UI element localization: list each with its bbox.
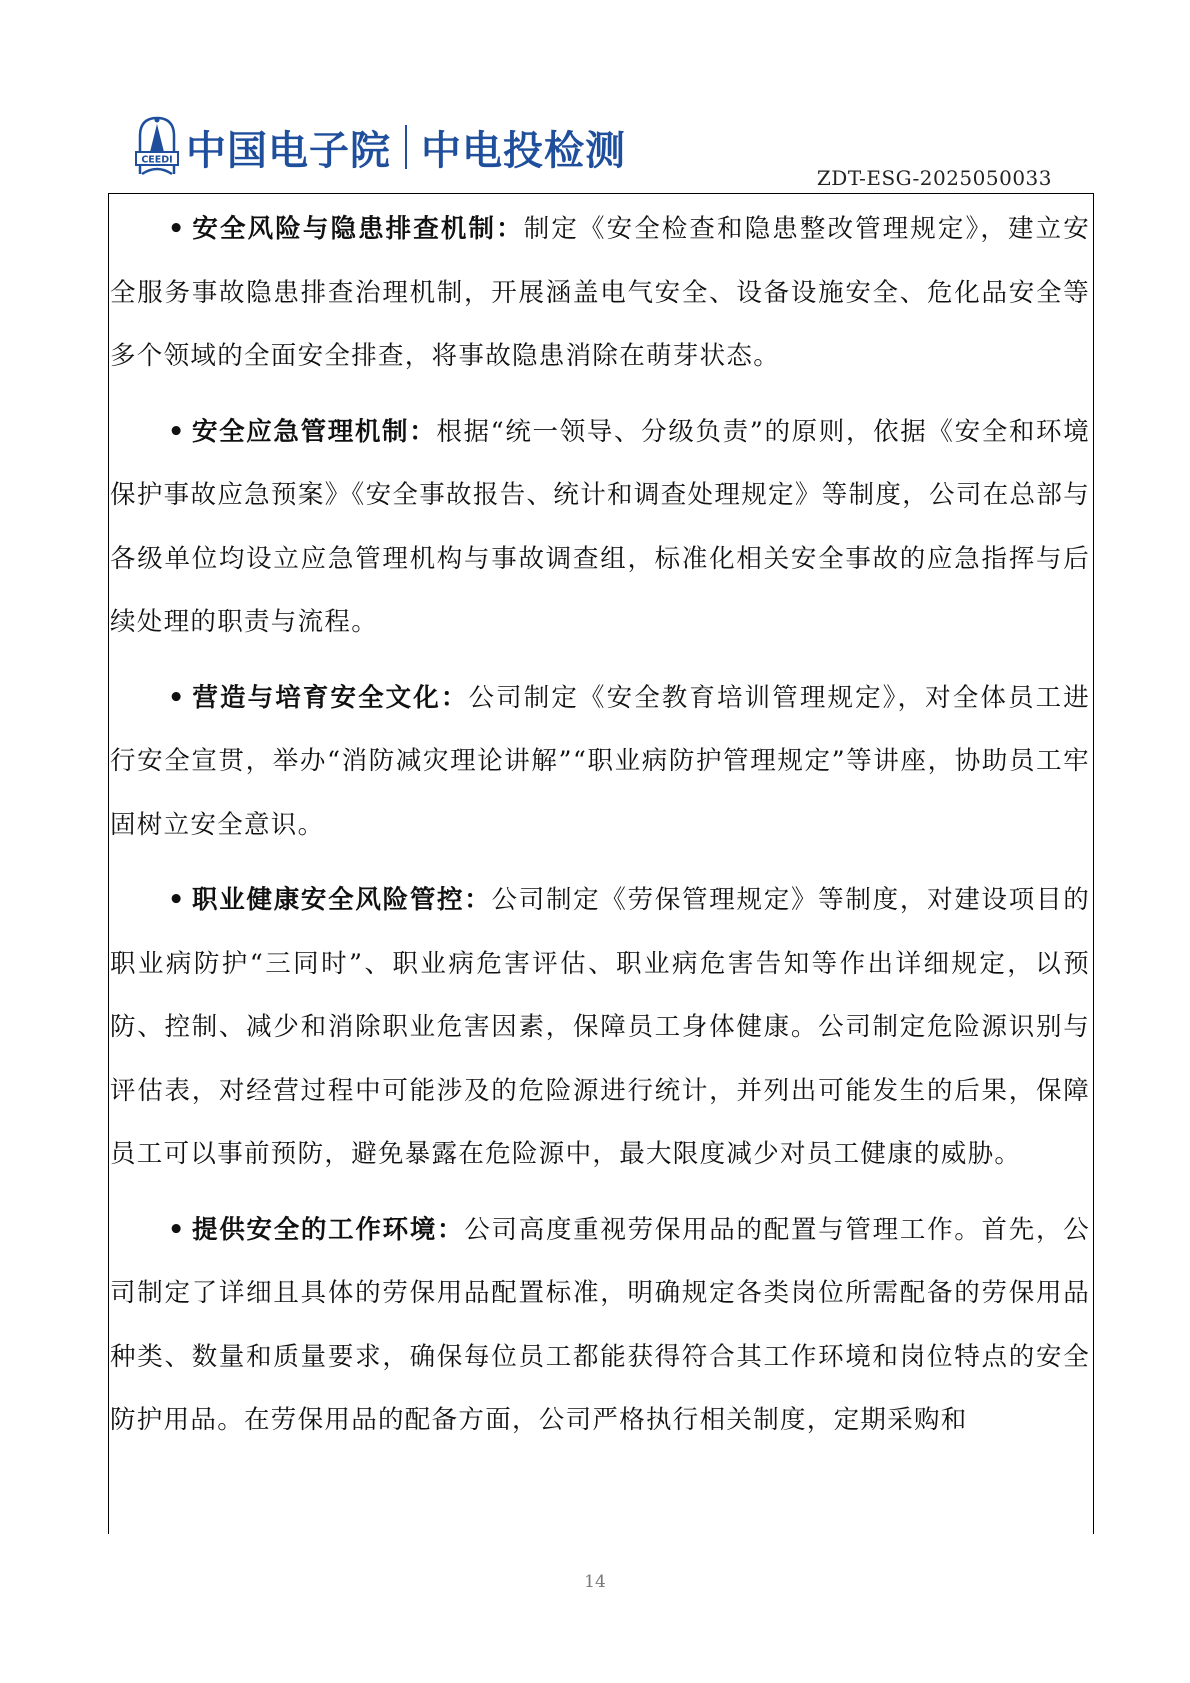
- bullet-icon: •: [168, 1215, 186, 1245]
- section-body: 根据“统一领导、分级负责”的原则，依据《安全和环境保护事故应急预案》《安全事故报…: [110, 417, 1090, 638]
- section-safety-risk: •安全风险与隐患排查机制：制定《安全检查和隐患整改管理规定》，建立安全服务事故隐…: [110, 198, 1090, 389]
- bullet-icon: •: [168, 417, 186, 447]
- section-emergency-management: •安全应急管理机制：根据“统一领导、分级负责”的原则，依据《安全和环境保护事故应…: [110, 401, 1090, 655]
- org-name: 中国电子院: [186, 119, 391, 176]
- section-safety-culture: •营造与培育安全文化：公司制定《安全教育培训管理规定》，对全体员工进行安全宣贯，…: [110, 667, 1090, 858]
- letterhead: CEEDI 中国电子院 中电投检测: [134, 112, 626, 182]
- sub-org-name: 中电投检测: [421, 119, 626, 176]
- logo-divider: [405, 125, 407, 169]
- section-heading: 提供安全的工作环境：: [192, 1215, 465, 1245]
- bullet-icon: •: [168, 683, 186, 713]
- section-body: 公司制定《劳保管理规定》等制度，对建设项目的职业病防护“三同时”、职业病危害评估…: [110, 885, 1090, 1169]
- section-occupational-health: •职业健康安全风险管控：公司制定《劳保管理规定》等制度，对建设项目的职业病防护“…: [110, 869, 1090, 1187]
- page-number: 14: [0, 1572, 1190, 1592]
- bullet-icon: •: [168, 214, 186, 244]
- section-heading: 安全风险与隐患排查机制：: [192, 214, 524, 244]
- svg-text:CEEDI: CEEDI: [141, 155, 172, 166]
- section-work-environment: •提供安全的工作环境：公司高度重视劳保用品的配置与管理工作。首先，公司制定了详细…: [110, 1199, 1090, 1453]
- section-heading: 营造与培育安全文化：: [192, 683, 469, 713]
- bullet-icon: •: [168, 885, 186, 915]
- document-body: •安全风险与隐患排查机制：制定《安全检查和隐患整改管理规定》，建立安全服务事故隐…: [110, 198, 1090, 1453]
- document-id: ZDT-ESG-2025050033: [817, 166, 1052, 190]
- ceedi-logo-icon: CEEDI: [134, 114, 180, 180]
- section-heading: 职业健康安全风险管控：: [192, 885, 492, 915]
- section-heading: 安全应急管理机制：: [192, 417, 437, 447]
- section-body: 公司高度重视劳保用品的配置与管理工作。首先，公司制定了详细且具体的劳保用品配置标…: [110, 1215, 1090, 1436]
